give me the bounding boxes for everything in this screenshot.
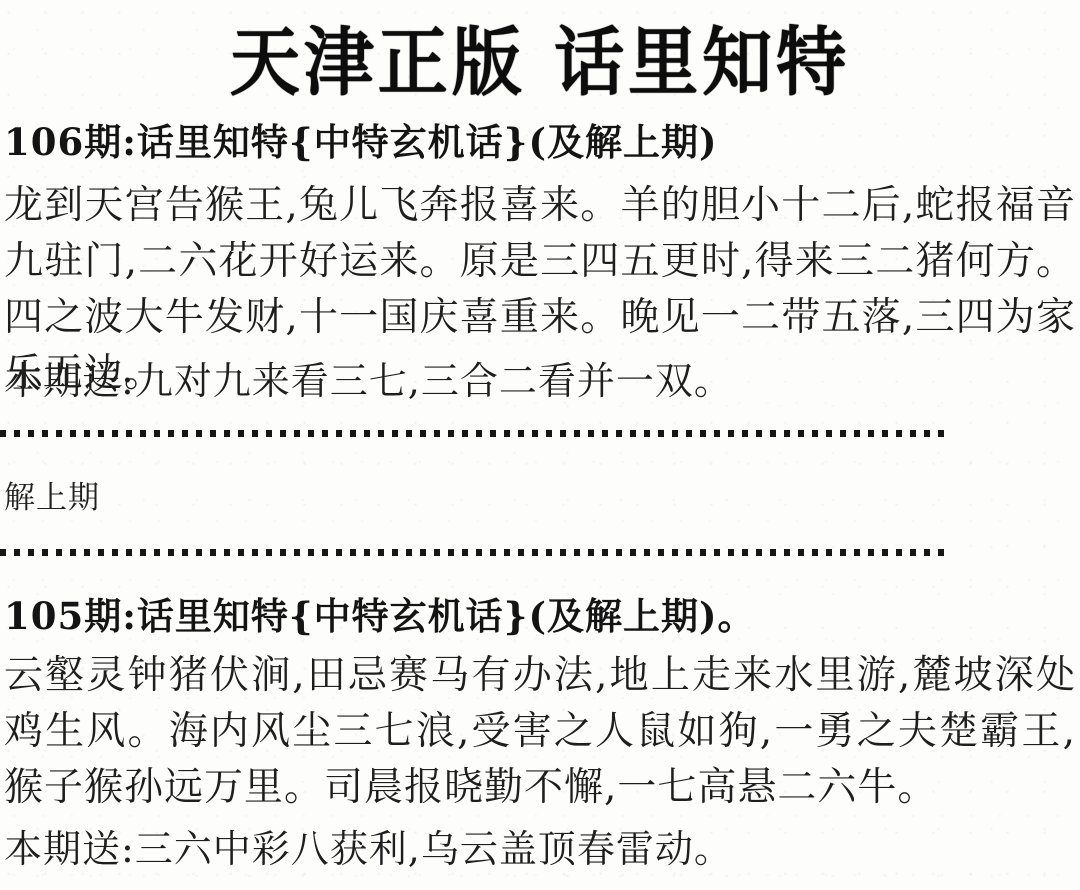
issue-105-paragraph: 云壑灵钟猪伏涧,田忌赛马有办法,地上走来水里游,麓坡深处鸡生风。海内风尘三七浪,…: [4, 648, 1076, 816]
scanned-document-page: { "page": { "title": "天津正版 话里知特", "ink_c…: [0, 0, 1080, 890]
issue-106-heading: 106期:话里知特{中特玄机话}(及解上期): [4, 112, 718, 166]
jie-shangqi-label: 解上期: [4, 472, 100, 517]
dotted-separator-bottom: [0, 549, 946, 556]
issue-106-gift-line: 本期送:九对九来看三七,三合二看并一双。: [4, 350, 733, 405]
issue-105-gift-line: 本期送:三六中彩八获利,乌云盖顶春雷动。: [4, 818, 733, 873]
document-title: 天津正版 话里知特: [0, 3, 1080, 110]
issue-105-heading: 105期:话里知特{中特玄机话}(及解上期)。: [4, 586, 756, 640]
dotted-separator-top: [0, 430, 946, 437]
